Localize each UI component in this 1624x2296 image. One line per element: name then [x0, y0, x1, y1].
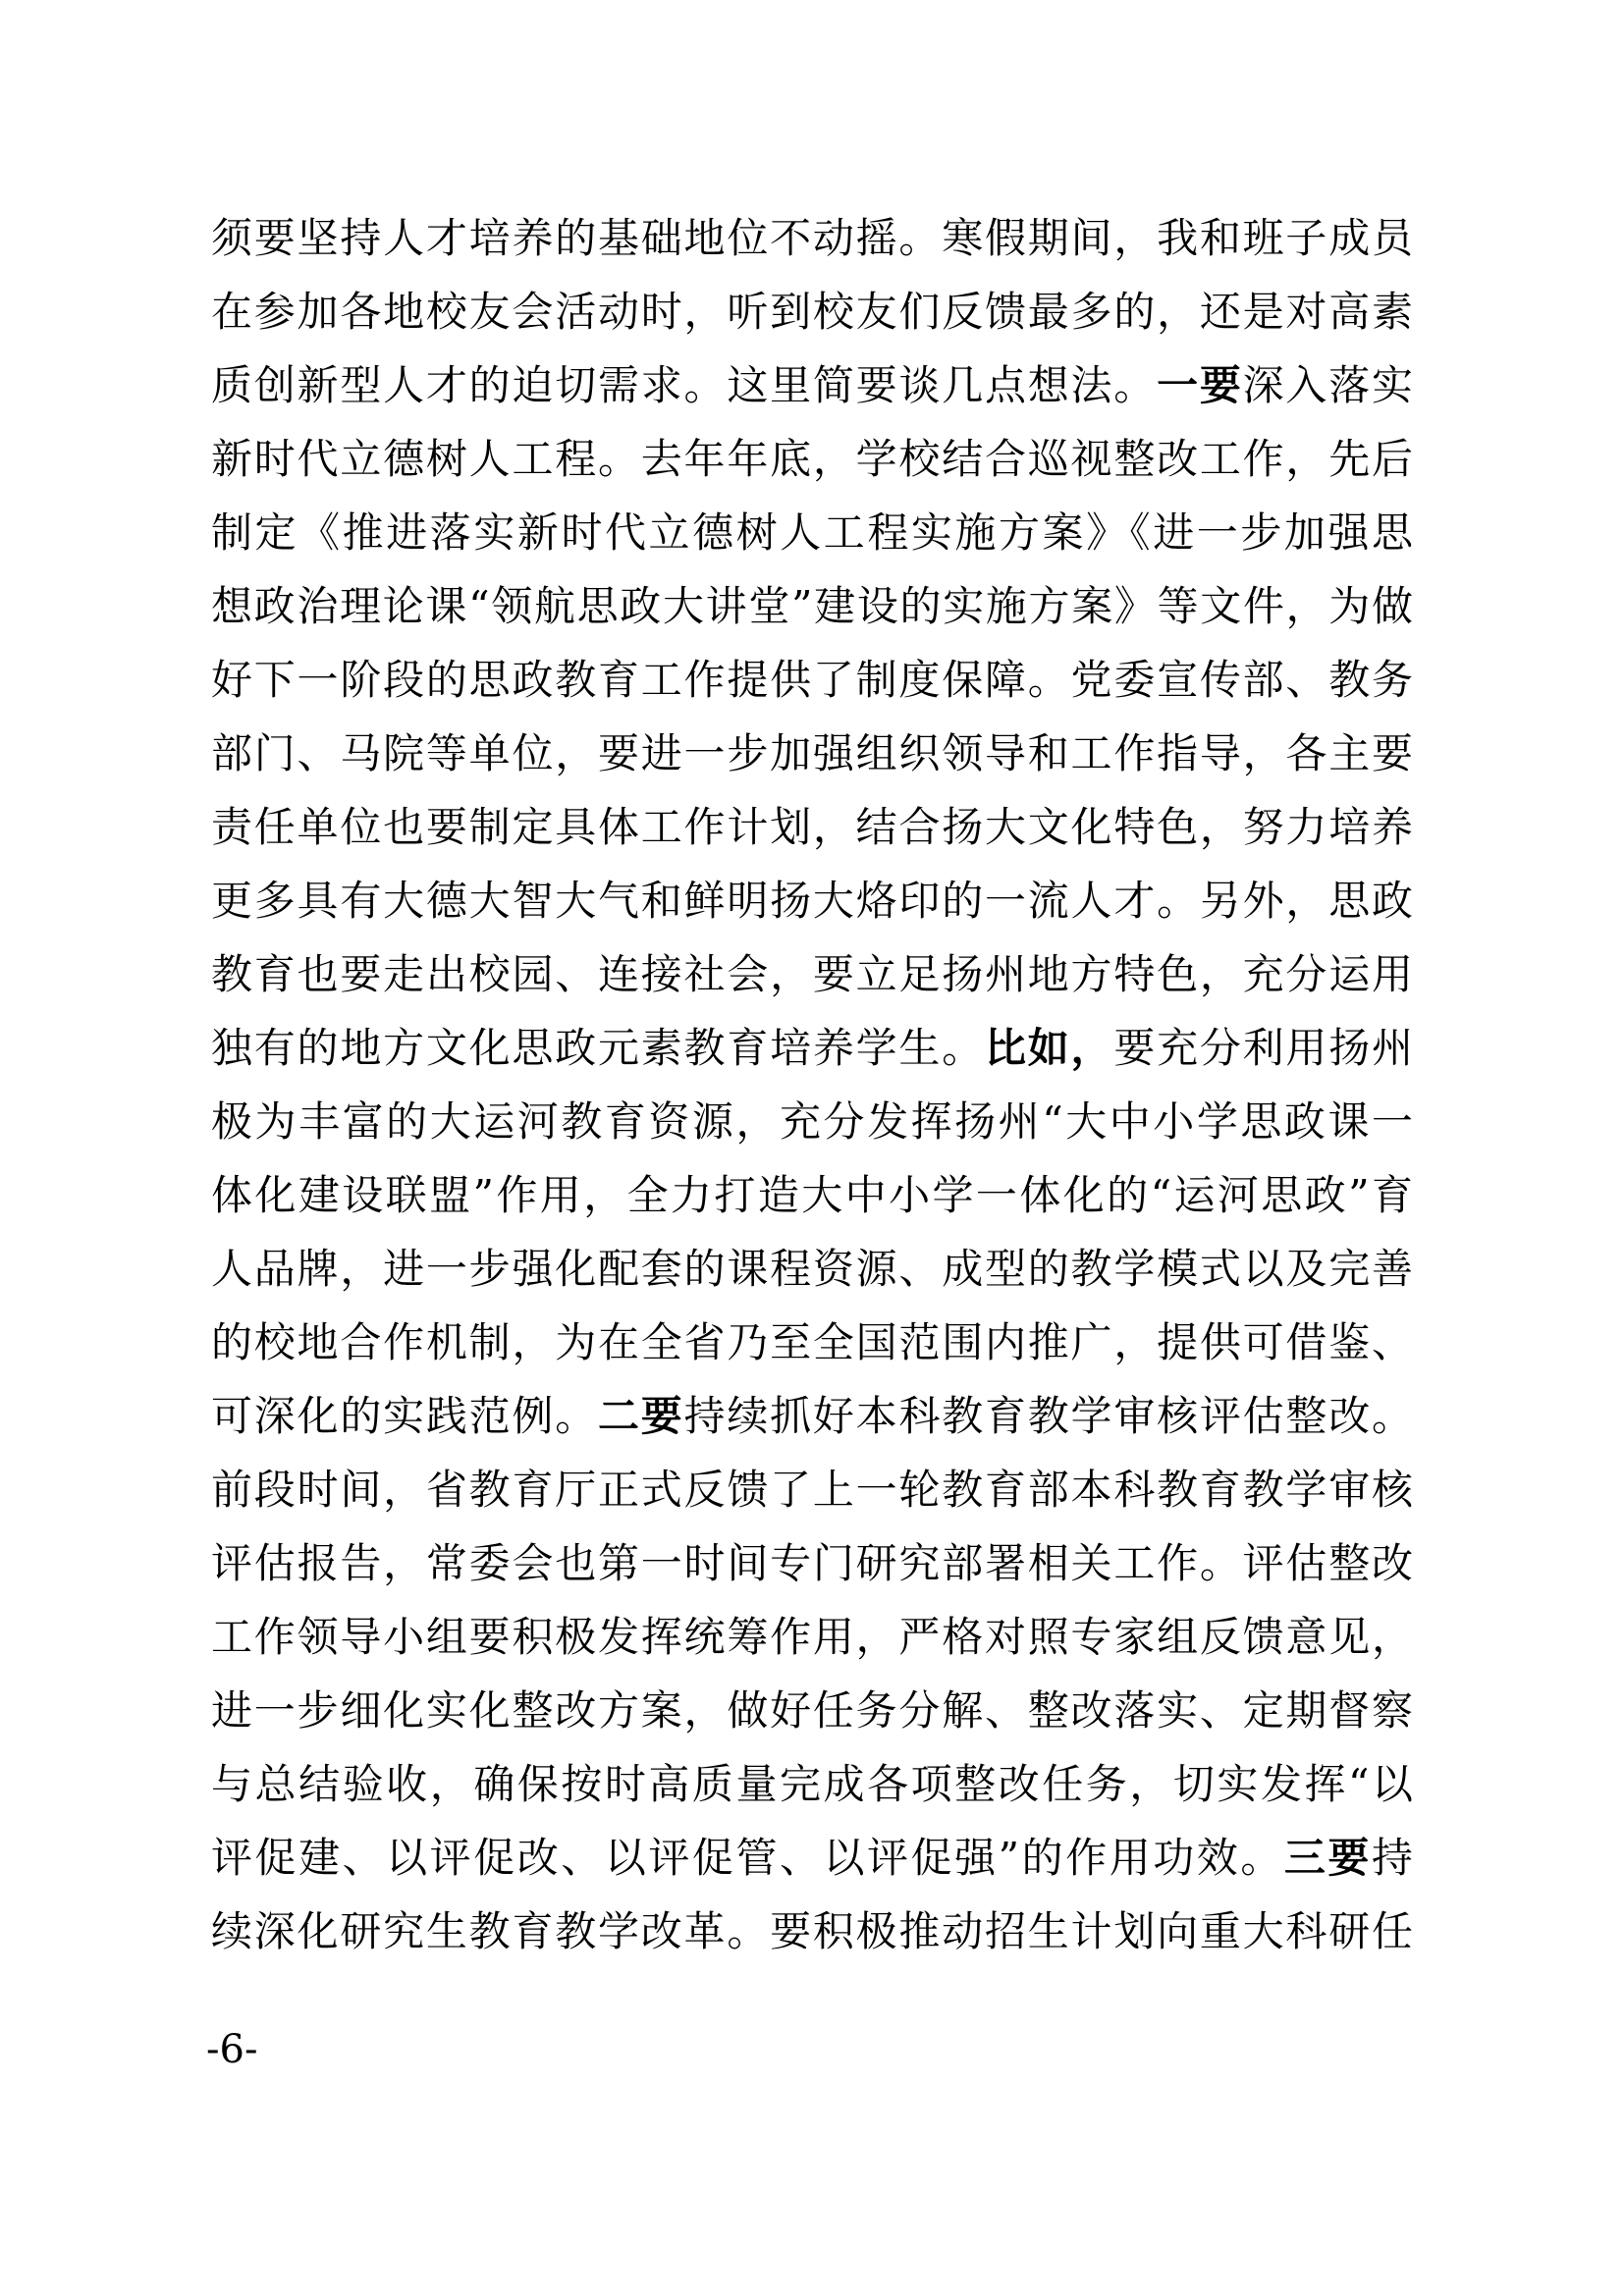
text-segment: 须要坚持人才培养的基础地位不动摇。寒假期间，我和班子成员 — [211, 214, 1413, 262]
text-line: 独有的地方文化思政元素教育培养学生。比如，要充分利用扬州 — [211, 1011, 1413, 1085]
text-line: 想政治理论课“领航思政大讲堂”建设的实施方案》等文件，为做 — [211, 569, 1413, 643]
text-segment-bold: 一要 — [1157, 361, 1243, 409]
text-segment-bold: 比如， — [985, 1024, 1113, 1072]
text-segment: 部门、马院等单位，要进一步加强组织领导和工作指导，各主要 — [211, 729, 1413, 777]
text-segment: 要充分利用扬州 — [1113, 1024, 1413, 1072]
text-line: 体化建设联盟”作用，全力打造大中小学一体化的“运河思政”育 — [211, 1158, 1413, 1232]
text-line: 的校地合作机制，为在全省乃至全国范围内推广，提供可借鉴、 — [211, 1306, 1413, 1379]
text-line: 工作领导小组要积极发挥统筹作用，严格对照专家组反馈意见， — [211, 1600, 1413, 1674]
text-segment: 责任单位也要制定具体工作计划，结合扬大文化特色，努力培养 — [211, 803, 1413, 851]
text-line: 部门、马院等单位，要进一步加强组织领导和工作指导，各主要 — [211, 717, 1413, 790]
text-line: 好下一阶段的思政教育工作提供了制度保障。党委宣传部、教务 — [211, 643, 1413, 717]
text-segment: 独有的地方文化思政元素教育培养学生。 — [211, 1024, 985, 1072]
document-page: 须要坚持人才培养的基础地位不动摇。寒假期间，我和班子成员 在参加各地校友会活动时… — [0, 0, 1624, 2296]
text-line: 制定《推进落实新时代立德树人工程实施方案》《进一步加强思 — [211, 496, 1413, 569]
text-segment-bold: 二要 — [598, 1392, 684, 1440]
text-line: 进一步细化实化整改方案，做好任务分解、整改落实、定期督察 — [211, 1674, 1413, 1747]
text-line: 人品牌，进一步强化配套的课程资源、成型的教学模式以及完善 — [211, 1232, 1413, 1306]
text-line: 教育也要走出校园、连接社会，要立足扬州地方特色，充分运用 — [211, 937, 1413, 1011]
text-segment: 前段时间，省教育厅正式反馈了上一轮教育部本科教育教学审核 — [211, 1466, 1413, 1514]
text-line: 须要坚持人才培养的基础地位不动摇。寒假期间，我和班子成员 — [211, 201, 1413, 275]
text-segment: 进一步细化实化整改方案，做好任务分解、整改落实、定期督察 — [211, 1686, 1413, 1735]
text-segment: 教育也要走出校园、连接社会，要立足扬州地方特色，充分运用 — [211, 950, 1413, 998]
text-segment: 更多具有大德大智大气和鲜明扬大烙印的一流人才。另外，思政 — [211, 877, 1413, 925]
text-segment: 好下一阶段的思政教育工作提供了制度保障。党委宣传部、教务 — [211, 656, 1413, 704]
text-segment: 持续抓好本科教育教学审核评估整改。 — [684, 1392, 1413, 1440]
text-segment: 想政治理论课“领航思政大讲堂”建设的实施方案》等文件，为做 — [211, 582, 1413, 630]
text-segment: 与总结验收，确保按时高质量完成各项整改任务，切实发挥“以 — [211, 1760, 1413, 1808]
text-line: 与总结验收，确保按时高质量完成各项整改任务，切实发挥“以 — [211, 1747, 1413, 1821]
page-number: -6- — [206, 2026, 257, 2073]
text-segment: 可深化的实践范例。 — [211, 1392, 598, 1440]
text-segment: 质创新型人才的迫切需求。这里简要谈几点想法。 — [211, 361, 1157, 409]
text-segment: 极为丰富的大运河教育资源，充分发挥扬州“大中小学思政课一 — [211, 1097, 1413, 1146]
text-line: 评促建、以评促改、以评促管、以评促强”的作用功效。三要持 — [211, 1821, 1413, 1895]
text-line: 前段时间，省教育厅正式反馈了上一轮教育部本科教育教学审核 — [211, 1453, 1413, 1526]
text-segment: 续深化研究生教育教学改革。要积极推动招生计划向重大科研任 — [211, 1907, 1413, 1955]
text-segment: 工作领导小组要积极发挥统筹作用，严格对照专家组反馈意见， — [211, 1613, 1413, 1661]
text-segment: 评估报告，常委会也第一时间专门研究部署相关工作。评估整改 — [211, 1539, 1413, 1587]
document-body: 须要坚持人才培养的基础地位不动摇。寒假期间，我和班子成员 在参加各地校友会活动时… — [211, 201, 1413, 1968]
text-line: 质创新型人才的迫切需求。这里简要谈几点想法。一要深入落实 — [211, 348, 1413, 422]
text-line: 在参加各地校友会活动时，听到校友们反馈最多的，还是对高素 — [211, 275, 1413, 348]
text-segment-bold: 三要 — [1284, 1834, 1372, 1882]
text-segment: 人品牌，进一步强化配套的课程资源、成型的教学模式以及完善 — [211, 1245, 1413, 1293]
text-segment: 新时代立德树人工程。去年年底，学校结合巡视整改工作，先后 — [211, 435, 1413, 483]
text-line: 责任单位也要制定具体工作计划，结合扬大文化特色，努力培养 — [211, 790, 1413, 864]
text-segment: 在参加各地校友会活动时，听到校友们反馈最多的，还是对高素 — [211, 288, 1413, 336]
text-line: 更多具有大德大智大气和鲜明扬大烙印的一流人才。另外，思政 — [211, 864, 1413, 937]
text-line: 可深化的实践范例。二要持续抓好本科教育教学审核评估整改。 — [211, 1379, 1413, 1453]
text-line: 评估报告，常委会也第一时间专门研究部署相关工作。评估整改 — [211, 1526, 1413, 1600]
text-segment: 深入落实 — [1243, 361, 1413, 409]
text-segment: 的校地合作机制，为在全省乃至全国范围内推广，提供可借鉴、 — [211, 1318, 1413, 1366]
text-segment: 评促建、以评促改、以评促管、以评促强”的作用功效。 — [211, 1834, 1284, 1882]
text-segment: 制定《推进落实新时代立德树人工程实施方案》《进一步加强思 — [211, 508, 1413, 557]
text-line: 续深化研究生教育教学改革。要积极推动招生计划向重大科研任 — [211, 1895, 1413, 1968]
text-segment: 体化建设联盟”作用，全力打造大中小学一体化的“运河思政”育 — [211, 1171, 1413, 1219]
text-line: 极为丰富的大运河教育资源，充分发挥扬州“大中小学思政课一 — [211, 1085, 1413, 1158]
text-segment: 持 — [1372, 1834, 1413, 1882]
text-line: 新时代立德树人工程。去年年底，学校结合巡视整改工作，先后 — [211, 422, 1413, 496]
